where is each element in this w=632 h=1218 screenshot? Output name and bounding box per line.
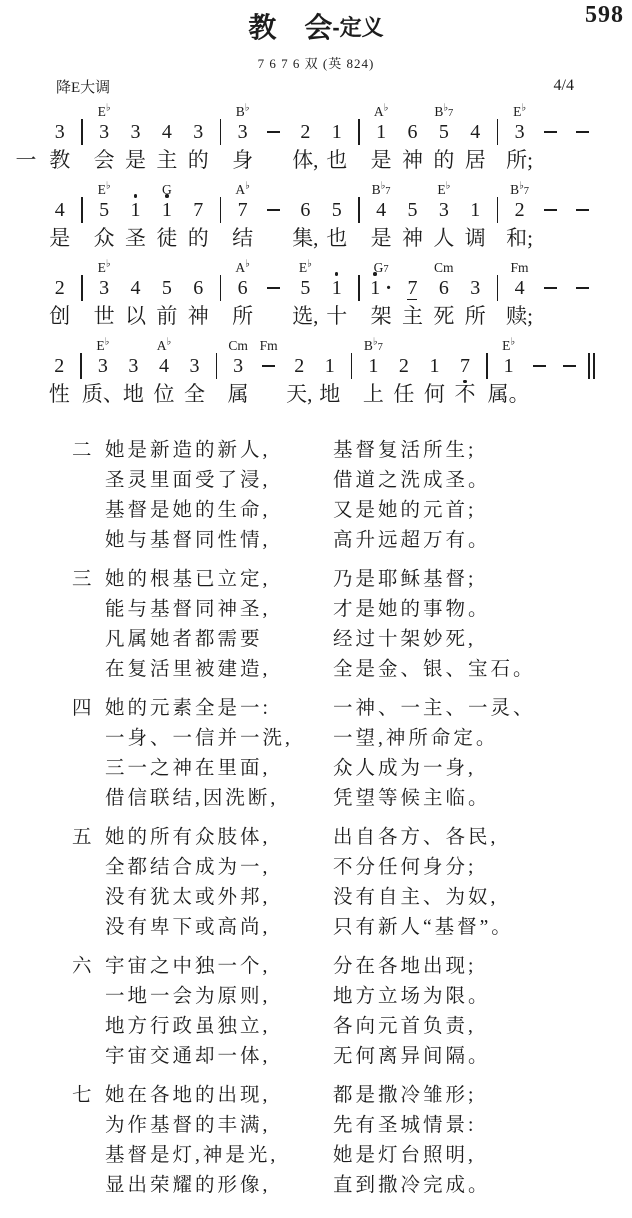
note-cell: 5前 xyxy=(151,259,182,334)
key-row: 降E大调 4/4 xyxy=(0,72,632,97)
note-cell: Cm6死 xyxy=(428,259,459,334)
verse-line-right: 地方立场为限。 xyxy=(333,982,491,1012)
barline xyxy=(345,337,358,412)
note-cell: 5神 xyxy=(397,181,428,256)
verse: 七她在各地的出现,都是撒冷雏形;为作基督的丰满,先有圣城情景:基督是灯,神是光,… xyxy=(0,1081,632,1201)
verse-line-right: 乃是耶稣基督; xyxy=(333,565,476,595)
verse: 四她的元素全是一:一神、一主、一灵、一身、一信并一洗,一望,神所命定。三一之神在… xyxy=(0,694,632,814)
verse-line: 一身、一信并一洗,一望,神所命定。 xyxy=(105,724,632,754)
dash-cell xyxy=(258,181,289,256)
verse-line-right: 高升远超万有。 xyxy=(333,526,491,556)
verse-marker-cell xyxy=(8,259,44,334)
verse-line-left: 她在各地的出现, xyxy=(105,1081,333,1111)
barline xyxy=(491,259,504,334)
verse-body: 她是新造的新人,基督复活所生;圣灵里面受了浸,借道之洗成圣。基督是她的生命,又是… xyxy=(105,436,632,556)
verse-number: 七 xyxy=(72,1081,105,1201)
note-cell: G1徒 xyxy=(151,181,182,256)
verse-line: 基督是灯,神是光,她是灯台照明, xyxy=(105,1141,632,1171)
verse-line-right: 借道之洗成圣。 xyxy=(333,466,491,496)
verse-line: 她与基督同性情,高升远超万有。 xyxy=(105,526,632,556)
note-cell: 3教 xyxy=(44,103,75,178)
verse-line: 没有卑下或高尚,只有新人“基督”。 xyxy=(105,913,632,943)
music-system: 2创E♭3世4以5前6神A♭6所E♭5选,1十G71·架7主Cm6死3所Fm4赎… xyxy=(8,259,598,334)
note-cell: 3是 xyxy=(120,103,151,178)
dash-cell xyxy=(524,337,555,412)
music-system: 4是E♭5众1圣G1徒7的A♭7结6集,5也B♭74是5神E♭3人1调B♭72和… xyxy=(8,181,598,256)
verse-line-left: 她的根基已立定, xyxy=(105,565,333,595)
note-cell: 3全 xyxy=(179,337,210,412)
note-cell: E♭3质、 xyxy=(88,337,119,412)
hymn-title-subtitle: -定义 xyxy=(332,15,383,40)
verse-number: 六 xyxy=(72,952,105,1072)
verse-line-right: 分在各地出现; xyxy=(333,952,476,982)
verse-line: 全都结合成为一,不分任何身分; xyxy=(105,853,632,883)
dash-cell xyxy=(567,181,598,256)
barline xyxy=(75,181,88,256)
verse-line-right: 各向元首负责, xyxy=(333,1012,476,1042)
dash-cell xyxy=(554,337,585,412)
barline xyxy=(214,259,227,334)
verse-line: 能与基督同神圣,才是她的事物。 xyxy=(105,595,632,625)
note-cell: A♭1是 xyxy=(365,103,396,178)
note-cell: E♭1属。 xyxy=(493,337,524,412)
dash-cell xyxy=(535,259,566,334)
verse-marker-cell xyxy=(8,337,44,412)
hymn-title: 教 会-定义 xyxy=(0,0,632,46)
verse-line-right: 先有圣城情景: xyxy=(333,1111,476,1141)
verse-line-left: 圣灵里面受了浸, xyxy=(105,466,333,496)
time-signature: 4/4 xyxy=(554,77,574,95)
note-cell: 7主 xyxy=(397,259,428,334)
verse-line: 凡属她者都需要经过十架妙死, xyxy=(105,625,632,655)
music-system: 一3教E♭3会3是4主3的B♭3身2体,1也A♭1是6神B♭75的4居E♭3所; xyxy=(8,103,598,178)
verse-line: 她的根基已立定,乃是耶稣基督; xyxy=(105,565,632,595)
note-cell: Fm4赎; xyxy=(504,259,535,334)
verse-line: 圣灵里面受了浸,借道之洗成圣。 xyxy=(105,466,632,496)
verse-line-left: 基督是灯,神是光, xyxy=(105,1141,333,1171)
verse-line-right: 不分任何身分; xyxy=(333,853,476,883)
verse-line-right: 全是金、银、宝石。 xyxy=(333,655,536,685)
note-cell: B♭72和; xyxy=(504,181,535,256)
verse-line: 她的所有众肢体,出自各方、各民, xyxy=(105,823,632,853)
music-system: 2性E♭3质、3地A♭4位3全Cm3属Fm2天,1地B♭71上2任1何7不E♭1… xyxy=(8,337,598,412)
verse: 二她是新造的新人,基督复活所生;圣灵里面受了浸,借道之洗成圣。基督是她的生命,又… xyxy=(0,436,632,556)
verse-line-left: 一身、一信并一洗, xyxy=(105,724,333,754)
verse-line-left: 没有犹太或外邦, xyxy=(105,883,333,913)
verse-number: 四 xyxy=(72,694,105,814)
note-cell: 4居 xyxy=(460,103,491,178)
page-number: 598 xyxy=(585,2,624,29)
dash-cell xyxy=(567,259,598,334)
verse-line-left: 借信联结,因洗断, xyxy=(105,784,333,814)
note-cell: 7的 xyxy=(183,181,214,256)
verse-line-right: 众人成为一身, xyxy=(333,754,476,784)
note-cell: 6神 xyxy=(397,103,428,178)
dash-cell xyxy=(535,103,566,178)
final-barline xyxy=(585,337,598,412)
note-cell: B♭74是 xyxy=(365,181,396,256)
verse-line-right: 经过十架妙死, xyxy=(333,625,476,655)
verse-line-right: 又是她的元首; xyxy=(333,496,476,526)
note-cell: E♭5选, xyxy=(290,259,321,334)
verse-line: 她在各地的出现,都是撒冷雏形; xyxy=(105,1081,632,1111)
note-cell: 1调 xyxy=(460,181,491,256)
verse-line: 宇宙交通却一体,无何离异间隔。 xyxy=(105,1042,632,1072)
barline xyxy=(75,103,88,178)
verse-line-left: 为作基督的丰满, xyxy=(105,1111,333,1141)
note-cell: 1地 xyxy=(315,337,346,412)
verse-line-right: 直到撒冷完成。 xyxy=(333,1171,491,1201)
barline xyxy=(352,103,365,178)
note-cell: E♭5众 xyxy=(88,181,119,256)
verse-body: 她的根基已立定,乃是耶稣基督;能与基督同神圣,才是她的事物。凡属她者都需要经过十… xyxy=(105,565,632,685)
note-cell: 6集, xyxy=(290,181,321,256)
verse-line: 显出荣耀的形像,直到撒冷完成。 xyxy=(105,1171,632,1201)
verse-line-left: 全都结合成为一, xyxy=(105,853,333,883)
verse-line-left: 她与基督同性情, xyxy=(105,526,333,556)
verse-line-right: 基督复活所生; xyxy=(333,436,476,466)
note-cell: A♭7结 xyxy=(227,181,258,256)
hymnal-page: 598 教 会-定义 7 6 7 6 双 (英 824) 降E大调 4/4 一3… xyxy=(0,0,632,1218)
note-cell: 6神 xyxy=(183,259,214,334)
note-cell: 3所 xyxy=(460,259,491,334)
barline xyxy=(210,337,223,412)
verse-line-left: 没有卑下或高尚, xyxy=(105,913,333,943)
verse-body: 她的元素全是一:一神、一主、一灵、一身、一信并一洗,一望,神所命定。三一之神在里… xyxy=(105,694,632,814)
note-cell: E♭3所; xyxy=(504,103,535,178)
verse-line: 一地一会为原则,地方立场为限。 xyxy=(105,982,632,1012)
note-cell: 3地 xyxy=(118,337,149,412)
barline xyxy=(352,181,365,256)
verses: 二她是新造的新人,基督复活所生;圣灵里面受了浸,借道之洗成圣。基督是她的生命,又… xyxy=(0,436,632,1201)
verse: 三她的根基已立定,乃是耶稣基督;能与基督同神圣,才是她的事物。凡属她者都需要经过… xyxy=(0,565,632,685)
verse-line-left: 凡属她者都需要 xyxy=(105,625,333,655)
dash-cell: Fm xyxy=(253,337,284,412)
note-cell: 2体, xyxy=(290,103,321,178)
verse-marker-cell xyxy=(8,181,44,256)
verse-line-right: 她是灯台照明, xyxy=(333,1141,476,1171)
barline xyxy=(352,259,365,334)
verse-marker-cell: 一 xyxy=(8,103,44,178)
verse-line: 为作基督的丰满,先有圣城情景: xyxy=(105,1111,632,1141)
barline xyxy=(491,103,504,178)
dash-cell xyxy=(535,181,566,256)
note-cell: 1何 xyxy=(419,337,450,412)
verse-body: 她的所有众肢体,出自各方、各民,全都结合成为一,不分任何身分;没有犹太或外邦,没… xyxy=(105,823,632,943)
verse-line-left: 一地一会为原则, xyxy=(105,982,333,1012)
verse-line-left: 她是新造的新人, xyxy=(105,436,333,466)
note-cell: 4是 xyxy=(44,181,75,256)
verse-line-right: 只有新人“基督”。 xyxy=(333,913,514,943)
key-signature: 降E大调 xyxy=(56,76,110,97)
note-cell: E♭3世 xyxy=(88,259,119,334)
verse-line-left: 宇宙之中独一个, xyxy=(105,952,333,982)
note-cell: B♭71上 xyxy=(358,337,389,412)
verse-line-right: 没有自主、为奴, xyxy=(333,883,498,913)
note-cell: A♭4位 xyxy=(149,337,180,412)
verse-line: 基督是她的生命,又是她的元首; xyxy=(105,496,632,526)
verse-line-right: 一望,神所命定。 xyxy=(333,724,498,754)
verse-line: 地方行政虽独立,各向元首负责, xyxy=(105,1012,632,1042)
verse-line-left: 宇宙交通却一体, xyxy=(105,1042,333,1072)
note-cell: 4主 xyxy=(151,103,182,178)
note-cell: E♭3人 xyxy=(428,181,459,256)
note-cell: B♭3身 xyxy=(227,103,258,178)
verse-line-left: 能与基督同神圣, xyxy=(105,595,333,625)
verse-line-right: 才是她的事物。 xyxy=(333,595,491,625)
verse-line-left: 基督是她的生命, xyxy=(105,496,333,526)
verse-line: 借信联结,因洗断,凭望等候主临。 xyxy=(105,784,632,814)
dash-cell xyxy=(567,103,598,178)
verse-line-right: 一神、一主、一灵、 xyxy=(333,694,536,724)
verse-line: 三一之神在里面,众人成为一身, xyxy=(105,754,632,784)
verse-line-right: 凭望等候主临。 xyxy=(333,784,491,814)
verse-number: 五 xyxy=(72,823,105,943)
dash-cell xyxy=(258,103,289,178)
note-cell: 2创 xyxy=(44,259,75,334)
verse: 五她的所有众肢体,出自各方、各民,全都结合成为一,不分任何身分;没有犹太或外邦,… xyxy=(0,823,632,943)
barline xyxy=(214,103,227,178)
verse-line-right: 无何离异间隔。 xyxy=(333,1042,491,1072)
note-cell: G71·架 xyxy=(365,259,396,334)
note-cell: Cm3属 xyxy=(223,337,254,412)
note-cell: 5也 xyxy=(321,181,352,256)
barline xyxy=(491,181,504,256)
verse-line: 没有犹太或外邦,没有自主、为奴, xyxy=(105,883,632,913)
note-cell: 1十 xyxy=(321,259,352,334)
verse-line-right: 都是撒冷雏形; xyxy=(333,1081,476,1111)
verse-number: 三 xyxy=(72,565,105,685)
verse-line: 她的元素全是一:一神、一主、一灵、 xyxy=(105,694,632,724)
verse-number: 二 xyxy=(72,436,105,556)
note-cell: 7不 xyxy=(450,337,481,412)
note-cell: B♭75的 xyxy=(428,103,459,178)
note-cell: 1圣 xyxy=(120,181,151,256)
barline xyxy=(75,259,88,334)
verse-line-left: 三一之神在里面, xyxy=(105,754,333,784)
verse-line: 她是新造的新人,基督复活所生; xyxy=(105,436,632,466)
verse-line-left: 显出荣耀的形像, xyxy=(105,1171,333,1201)
verse-body: 她在各地的出现,都是撒冷雏形;为作基督的丰满,先有圣城情景:基督是灯,神是光,她… xyxy=(105,1081,632,1201)
dash-cell xyxy=(258,259,289,334)
note-cell: 2天, xyxy=(284,337,315,412)
verse-body: 宇宙之中独一个,分在各地出现;一地一会为原则,地方立场为限。地方行政虽独立,各向… xyxy=(105,952,632,1072)
verse-line: 宇宙之中独一个,分在各地出现; xyxy=(105,952,632,982)
hymn-title-main: 教 会 xyxy=(248,12,332,43)
verse-line-left: 她的所有众肢体, xyxy=(105,823,333,853)
verse: 六宇宙之中独一个,分在各地出现;一地一会为原则,地方立场为限。地方行政虽独立,各… xyxy=(0,952,632,1072)
barline xyxy=(214,181,227,256)
note-cell: 2任 xyxy=(389,337,420,412)
meter-info: 7 6 7 6 双 (英 824) xyxy=(0,53,632,72)
verse-line-left: 地方行政虽独立, xyxy=(105,1012,333,1042)
note-cell: E♭3会 xyxy=(88,103,119,178)
note-cell: 4以 xyxy=(120,259,151,334)
verse-line-left: 在复活里被建造, xyxy=(105,655,333,685)
note-cell: 1也 xyxy=(321,103,352,178)
note-cell: A♭6所 xyxy=(227,259,258,334)
verse-line: 在复活里被建造,全是金、银、宝石。 xyxy=(105,655,632,685)
note-cell: 2性 xyxy=(44,337,75,412)
music-systems: 一3教E♭3会3是4主3的B♭3身2体,1也A♭1是6神B♭75的4居E♭3所;… xyxy=(8,103,598,412)
verse-line-left: 她的元素全是一: xyxy=(105,694,333,724)
verse-line-right: 出自各方、各民, xyxy=(333,823,498,853)
note-cell: 3的 xyxy=(183,103,214,178)
